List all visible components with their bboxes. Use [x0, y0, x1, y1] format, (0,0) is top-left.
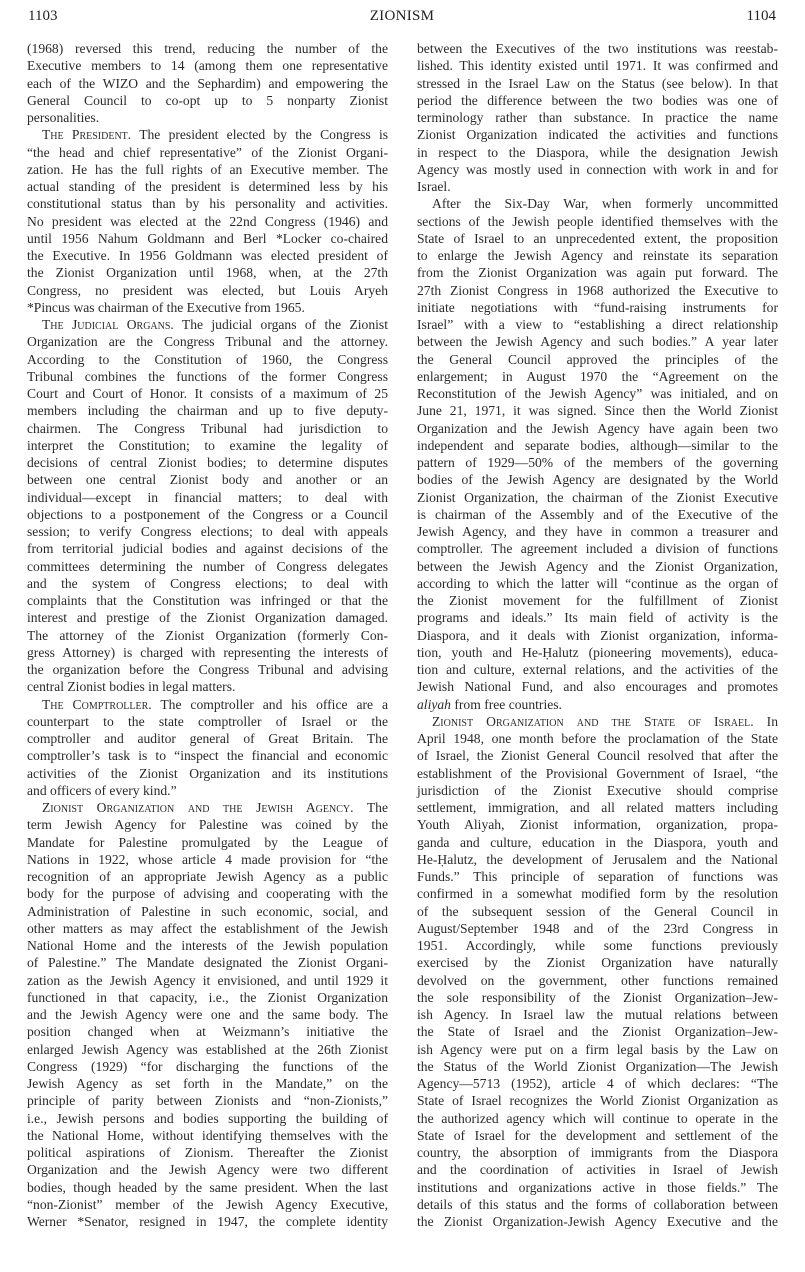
line-text: political aspirations of Zionism. Therea… [27, 1145, 388, 1160]
text-line: Zionist Organization indicated the activ… [417, 126, 778, 143]
text-line: Mandate for Palestine promulgated by the… [27, 834, 388, 851]
line-text: the National Home, without identifying t… [27, 1128, 388, 1143]
line-text: National Home and the interests of the J… [27, 938, 388, 953]
text-line: decisions of central Zionist bodies; to … [27, 454, 388, 471]
line-text: until 1956 Nahum Goldmann and Berl *Lock… [27, 231, 388, 246]
line-text: Werner *Senator, resigned in 1947, the c… [27, 1214, 388, 1229]
text-line: of Israel, the Zionist General Council r… [417, 747, 778, 764]
text-line: i.e., Jewish persons and bodies supporti… [27, 1110, 388, 1127]
line-text: tion and culture, external relations, an… [417, 662, 778, 677]
line-text: (1968) reversed this trend, reducing the… [27, 41, 388, 56]
text-line: the Status of the World Zionist Organiza… [417, 1058, 778, 1075]
text-line: institutions and organizations active in… [417, 1179, 778, 1196]
line-text: the Zionist Organization-Jewish Agency E… [417, 1214, 778, 1229]
line-text: country, the absorption of immigrants fr… [417, 1145, 778, 1160]
text-line: He-Ḥalutz, the development of Jerusalem … [417, 851, 778, 868]
text-line: enlargement; in August 1970 the “Agreeme… [417, 368, 778, 385]
line-text: each of the WIZO and the Sephardim) and … [27, 76, 388, 91]
text-line: between one central Zionist body and ano… [27, 471, 388, 488]
line-text: from free countries. [451, 697, 562, 712]
line-text: between the Jewish Agency and such bodie… [417, 334, 778, 349]
text-line: Werner *Senator, resigned in 1947, the c… [27, 1213, 388, 1230]
text-line: between the Executives of the two instit… [417, 40, 778, 57]
line-text: The comptroller and his office are a [152, 697, 388, 712]
line-text: recognition of an appropriate Jewish Age… [27, 869, 388, 884]
text-line: lished. This identity existed until 1971… [417, 57, 778, 74]
section-heading-line: Zionist Organization and the Jewish Agen… [27, 799, 388, 816]
text-line: between the Jewish Agency and such bodie… [417, 333, 778, 350]
line-text: settlement, immigration, and all related… [417, 800, 778, 815]
line-text: The attorney of the Zionist Organization… [27, 628, 388, 643]
text-line: Executive members to 14 (among them one … [27, 57, 388, 74]
text-line: August/September 1948 and of the 23rd Co… [417, 920, 778, 937]
text-line: political aspirations of Zionism. Therea… [27, 1144, 388, 1161]
line-text: the organization before the Congress Tri… [27, 662, 388, 677]
text-line: session; to verify Congress elections; t… [27, 523, 388, 540]
text-line: National Home and the interests of the J… [27, 937, 388, 954]
line-text: After the Six-Day War, when formerly unc… [432, 196, 778, 211]
line-text: Jewish Agency, and they have in common a… [417, 524, 778, 539]
text-line: 1951. Accordingly, while some functions … [417, 937, 778, 954]
line-text: comptroller’s task is to “inspect the fi… [27, 748, 388, 763]
text-line: term Jewish Agency for Palestine was coi… [27, 816, 388, 833]
text-line: gress Attorney) is charged with represen… [27, 644, 388, 661]
line-text: devolved on the government, other functi… [417, 973, 778, 988]
line-text: bodies, though headed by the same presid… [27, 1180, 388, 1195]
line-text: the Executive. In 1956 Goldmann was elec… [27, 248, 388, 263]
text-line: aliyah from free countries. [417, 696, 778, 713]
line-text: chairmen. The Congress Tribunal had juri… [27, 421, 388, 436]
line-text: bodies of the Jewish Agency are designat… [417, 472, 778, 487]
italic-term: aliyah [417, 697, 451, 712]
line-text: institutions and organizations active in… [417, 1180, 778, 1195]
line-text: Diaspora, and it deals with Zionist orga… [417, 628, 778, 643]
line-text: activities of the Zionist Organization a… [27, 766, 388, 781]
text-line: the General Council approved the princip… [417, 351, 778, 368]
line-text: “non-Zionist” member of the Jewish Agenc… [27, 1197, 388, 1212]
text-line: of the subsequent session of the General… [417, 903, 778, 920]
text-line: complaints that the Constitution was inf… [27, 592, 388, 609]
left-column: (1968) reversed this trend, reducing the… [27, 40, 388, 1230]
text-line: body for the purpose of advising and coo… [27, 885, 388, 902]
line-text: He-Ḥalutz, the development of Jerusalem … [417, 852, 778, 867]
line-text: position changed when at Weizmann’s init… [27, 1024, 388, 1039]
text-line: Court and Court of Honor. It consists of… [27, 385, 388, 402]
line-text: Zionist Organization, the chairman of th… [417, 490, 778, 505]
line-text: programs and ideals.” Its main field of … [417, 610, 778, 625]
text-line: Israel. [417, 178, 778, 195]
line-text: is chairman of the Assembly and of the E… [417, 507, 778, 522]
line-text: zation. He has the full rights of an Exe… [27, 162, 388, 177]
text-line: the Executive. In 1956 Goldmann was elec… [27, 247, 388, 264]
line-text: the sole responsibility of the Zionist O… [417, 990, 778, 1005]
line-text: Israel. [417, 179, 451, 194]
text-line: confirmed in a somewhat modified form by… [417, 885, 778, 902]
text-line: (1968) reversed this trend, reducing the… [27, 40, 388, 57]
text-line: Organization and the Jewish Agency were … [27, 1161, 388, 1178]
text-line: tion, youth and He-Ḥalutz (pioneering mo… [417, 644, 778, 661]
text-line: Agency was mostly used in connection wit… [417, 161, 778, 178]
line-text: complaints that the Constitution was inf… [27, 593, 388, 608]
line-text: Organization and the Jewish Agency have … [417, 421, 778, 436]
line-text: between one central Zionist body and ano… [27, 472, 388, 487]
line-text: comptroller. The agreement included a di… [417, 541, 778, 556]
line-text: constitutional status than by his person… [27, 196, 388, 211]
line-text: jurisdiction of the Zionist Executive sh… [417, 783, 778, 798]
text-line: April 1948, one month before the proclam… [417, 730, 778, 747]
text-line: Jewish Agency, and they have in common a… [417, 523, 778, 540]
section-heading: Zionist Organization and the Jewish Agen… [42, 800, 354, 815]
line-text: the General Council approved the princip… [417, 352, 778, 367]
text-line: of Palestine.” The Mandate designated th… [27, 954, 388, 971]
line-text: the State of Israel and the Zionist Orga… [417, 1024, 778, 1039]
section-heading: Zionist Organization and the State of Is… [432, 714, 754, 729]
line-text: the Status of the World Zionist Organiza… [417, 1059, 778, 1074]
line-text: Jewish National Fund, and also encourage… [417, 679, 778, 694]
text-line: counterpart to the state comptroller of … [27, 713, 388, 730]
line-text: central Zionist bodies in legal matters. [27, 679, 235, 694]
text-line: exercised by the Zionist Organization ha… [417, 954, 778, 971]
section-heading-line: The President. The president elected by … [27, 126, 388, 143]
line-text: *Pincus was chairman of the Executive fr… [27, 300, 305, 315]
line-text: 1951. Accordingly, while some functions … [417, 938, 778, 953]
text-line: “non-Zionist” member of the Jewish Agenc… [27, 1196, 388, 1213]
text-line: After the Six-Day War, when formerly unc… [417, 195, 778, 212]
text-line: and the coordination of activities in Is… [417, 1161, 778, 1178]
text-line: period the difference between the two bo… [417, 92, 778, 109]
text-line: stressed in the Israel Law on the Status… [417, 75, 778, 92]
text-line: bodies, though headed by the same presid… [27, 1179, 388, 1196]
line-text: functioned in that capacity, i.e., the Z… [27, 990, 388, 1005]
line-text: Organization are the Congress Tribunal a… [27, 334, 388, 349]
line-text: Nations in 1922, whose article 4 made pr… [27, 852, 388, 867]
line-text: body for the purpose of advising and coo… [27, 886, 388, 901]
line-text: term Jewish Agency for Palestine was coi… [27, 817, 388, 832]
text-line: details of this status and the forms of … [417, 1196, 778, 1213]
line-text: Tribunal combines the functions of the f… [27, 369, 388, 384]
line-text: The [354, 800, 388, 815]
line-text: Israel” with a view to “establishing a d… [417, 317, 778, 332]
line-text: comptroller and auditor general of Great… [27, 731, 388, 746]
line-text: objections to a postponement of the Cong… [27, 507, 388, 522]
text-line: Funds.” This principle of separation of … [417, 868, 778, 885]
text-line: and the Jewish Agency were one and the s… [27, 1006, 388, 1023]
text-line: State of Israel for the development and … [417, 1127, 778, 1144]
line-text: enlarged Jewish Agency was established a… [27, 1042, 388, 1057]
text-line: Jewish Agency as set forth in the Mandat… [27, 1075, 388, 1092]
text-line: from the Zionist Organization was again … [417, 264, 778, 281]
page-header: 1103 ZIONISM 1104 [28, 8, 776, 30]
section-heading: The Comptroller. [42, 697, 152, 712]
line-text: State of Israel for the development and … [417, 1128, 778, 1143]
text-line: Congress (1929) “for discharging the fun… [27, 1058, 388, 1075]
line-text: personalities. [27, 110, 99, 125]
line-text: individual—except in financial matters; … [27, 490, 388, 505]
line-text: the Zionist movement for the fulfillment… [417, 593, 778, 608]
line-text: decisions of central Zionist bodies; to … [27, 455, 388, 470]
right-column: between the Executives of the two instit… [417, 40, 778, 1230]
line-text: of Palestine.” The Mandate designated th… [27, 955, 388, 970]
text-line: the sole responsibility of the Zionist O… [417, 989, 778, 1006]
text-line: tion and culture, external relations, an… [417, 661, 778, 678]
text-line: 27th Zionist Congress in 1968 authorized… [417, 282, 778, 299]
line-text: Funds.” This principle of separation of … [417, 869, 778, 884]
line-text: State of Israel recognizes the World Zio… [417, 1093, 778, 1108]
text-line: enlarged Jewish Agency was established a… [27, 1041, 388, 1058]
text-line: committees determining the number of Con… [27, 558, 388, 575]
line-text: the Zionist Organization until 1968, whe… [27, 265, 388, 280]
text-line: members including the chairman and up to… [27, 402, 388, 419]
line-text: August/September 1948 and of the 23rd Co… [417, 921, 778, 936]
text-line: According to the Constitution of 1960, t… [27, 351, 388, 368]
text-line: constitutional status than by his person… [27, 195, 388, 212]
line-text: ish Agency were put on a firm legal basi… [417, 1042, 778, 1057]
text-line: State of Israel recognizes the World Zio… [417, 1092, 778, 1109]
text-line: functioned in that capacity, i.e., the Z… [27, 989, 388, 1006]
line-text: interest and prestige of the Zionist Org… [27, 610, 388, 625]
text-line: the organization before the Congress Tri… [27, 661, 388, 678]
text-line: the State of Israel and the Zionist Orga… [417, 1023, 778, 1040]
line-text: confirmed in a somewhat modified form by… [417, 886, 778, 901]
text-line: and the system of Congress elections; to… [27, 575, 388, 592]
text-line: activities of the Zionist Organization a… [27, 765, 388, 782]
text-line: in respect to the Diaspora, while the de… [417, 144, 778, 161]
line-text: exercised by the Zionist Organization ha… [417, 955, 778, 970]
line-text: lished. This identity existed until 1971… [417, 58, 778, 73]
text-line: *Pincus was chairman of the Executive fr… [27, 299, 388, 316]
line-text: General Council to co-opt up to 5 nonpar… [27, 93, 388, 108]
line-text: June 21, 1971, it was signed. Since then… [417, 403, 778, 418]
text-line: and officers of every kind.” [27, 782, 388, 799]
text-line: actual standing of the president is dete… [27, 178, 388, 195]
text-line: individual—except in financial matters; … [27, 489, 388, 506]
line-text: details of this status and the forms of … [417, 1197, 778, 1212]
text-line: initiate negotiations with “fund-raising… [417, 299, 778, 316]
section-heading: The President. [42, 127, 131, 142]
line-text: State of Israel to an unprecedented exte… [417, 231, 778, 246]
text-line: No president was elected at the 22nd Con… [27, 213, 388, 230]
text-line: chairmen. The Congress Tribunal had juri… [27, 420, 388, 437]
line-text: and officers of every kind.” [27, 783, 177, 798]
text-line: pattern of 1929—50% of the members of th… [417, 454, 778, 471]
line-text: Agency was mostly used in connection wit… [417, 162, 778, 177]
line-text: from the Zionist Organization was again … [417, 265, 778, 280]
running-title: ZIONISM [28, 8, 776, 25]
line-text: enlargement; in August 1970 the “Agreeme… [417, 369, 778, 384]
line-text: Youth Aliyah, Zionist information, organ… [417, 817, 778, 832]
line-text: April 1948, one month before the proclam… [417, 731, 778, 746]
text-line: ish Agency. In Israel law the mutual rel… [417, 1006, 778, 1023]
line-text: Executive members to 14 (among them one … [27, 58, 388, 73]
text-line: comptroller. The agreement included a di… [417, 540, 778, 557]
section-heading-line: The Comptroller. The comptroller and his… [27, 696, 388, 713]
text-line: The attorney of the Zionist Organization… [27, 627, 388, 644]
text-line: position changed when at Weizmann’s init… [27, 1023, 388, 1040]
text-line: independent and separate bodies, althoug… [417, 437, 778, 454]
line-text: i.e., Jewish persons and bodies supporti… [27, 1111, 388, 1126]
text-line: Israel” with a view to “establishing a d… [417, 316, 778, 333]
text-line: objections to a postponement of the Cong… [27, 506, 388, 523]
text-line: Youth Aliyah, Zionist information, organ… [417, 816, 778, 833]
text-line: personalities. [27, 109, 388, 126]
line-text: In [754, 714, 778, 729]
text-line: Diaspora, and it deals with Zionist orga… [417, 627, 778, 644]
line-text: gress Attorney) is charged with represen… [27, 645, 388, 660]
line-text: The president elected by the Congress is [131, 127, 388, 142]
text-line: settlement, immigration, and all related… [417, 799, 778, 816]
text-line: June 21, 1971, it was signed. Since then… [417, 402, 778, 419]
page-number-right: 1104 [747, 8, 776, 25]
text-line: recognition of an appropriate Jewish Age… [27, 868, 388, 885]
line-text: zation as the Jewish Agency it envisione… [27, 973, 388, 988]
text-line: from territorial judicial bodies and aga… [27, 540, 388, 557]
line-text: Reconstitution of the Jewish Agency” was… [417, 386, 778, 401]
line-text: and the Jewish Agency were one and the s… [27, 1007, 388, 1022]
line-text: initiate negotiations with “fund-raising… [417, 300, 778, 315]
text-line: between the Jewish Agency and the Zionis… [417, 558, 778, 575]
line-text: period the difference between the two bo… [417, 93, 778, 108]
text-line: zation as the Jewish Agency it envisione… [27, 972, 388, 989]
line-text: Court and Court of Honor. It consists of… [27, 386, 388, 401]
text-line: Nations in 1922, whose article 4 made pr… [27, 851, 388, 868]
text-line: zation. He has the full rights of an Exe… [27, 161, 388, 178]
text-line: General Council to co-opt up to 5 nonpar… [27, 92, 388, 109]
line-text: actual standing of the president is dete… [27, 179, 388, 194]
line-text: Congress (1929) “for discharging the fun… [27, 1059, 388, 1074]
text-line: Organization are the Congress Tribunal a… [27, 333, 388, 350]
text-line: ish Agency were put on a firm legal basi… [417, 1041, 778, 1058]
line-text: “the head and chief representative” of t… [27, 145, 388, 160]
section-heading-line: The Judicial Organs. The judicial organs… [27, 316, 388, 333]
line-text: The judicial organs of the Zionist [174, 317, 388, 332]
line-text: to enlarge the Jewish Agency and reinsta… [417, 248, 778, 263]
line-text: according to which the latter will “cont… [417, 576, 778, 591]
text-line: ganda and culture, education in the Dias… [417, 834, 778, 851]
text-line: until 1956 Nahum Goldmann and Berl *Lock… [27, 230, 388, 247]
line-text: sections of the Jewish people identified… [417, 214, 778, 229]
line-text: Mandate for Palestine promulgated by the… [27, 835, 388, 850]
text-line: “the head and chief representative” of t… [27, 144, 388, 161]
text-line: Administration of Palestine in such econ… [27, 903, 388, 920]
text-line: programs and ideals.” Its main field of … [417, 609, 778, 626]
line-text: According to the Constitution of 1960, t… [27, 352, 388, 367]
line-text: from territorial judicial bodies and aga… [27, 541, 388, 556]
line-text: terminology rather than substance. In pr… [417, 110, 778, 125]
line-text: Jewish Agency as set forth in the Mandat… [27, 1076, 388, 1091]
text-line: Tribunal combines the functions of the f… [27, 368, 388, 385]
line-text: committees determining the number of Con… [27, 559, 388, 574]
line-text: ish Agency. In Israel law the mutual rel… [417, 1007, 778, 1022]
text-line: Organization and the Jewish Agency have … [417, 420, 778, 437]
line-text: in respect to the Diaspora, while the de… [417, 145, 778, 160]
line-text: the authorized agency which will continu… [417, 1111, 778, 1126]
text-line: Zionist Organization, the chairman of th… [417, 489, 778, 506]
text-line: each of the WIZO and the Sephardim) and … [27, 75, 388, 92]
line-text: between the Jewish Agency and the Zionis… [417, 559, 778, 574]
text-line: country, the absorption of immigrants fr… [417, 1144, 778, 1161]
line-text: Agency—5713 (1952), article 4 of which d… [417, 1076, 778, 1091]
text-line: sections of the Jewish people identified… [417, 213, 778, 230]
text-line: comptroller’s task is to “inspect the fi… [27, 747, 388, 764]
line-text: and the coordination of activities in Is… [417, 1162, 778, 1177]
text-line: bodies of the Jewish Agency are designat… [417, 471, 778, 488]
line-text: other matters as may affect the establis… [27, 921, 388, 936]
line-text: Congress, no president was elected, but … [27, 283, 388, 298]
text-line: Congress, no president was elected, but … [27, 282, 388, 299]
text-line: is chairman of the Assembly and of the E… [417, 506, 778, 523]
text-line: central Zionist bodies in legal matters. [27, 678, 388, 695]
line-text: pattern of 1929—50% of the members of th… [417, 455, 778, 470]
text-line: Agency—5713 (1952), article 4 of which d… [417, 1075, 778, 1092]
line-text: establishment of the Provisional Governm… [417, 766, 778, 781]
line-text: principle of parity between Zionists and… [27, 1093, 388, 1108]
text-line: interpret the Constitution; to examine t… [27, 437, 388, 454]
line-text: counterpart to the state comptroller of … [27, 714, 388, 729]
text-line: other matters as may affect the establis… [27, 920, 388, 937]
line-text: Administration of Palestine in such econ… [27, 904, 388, 919]
text-line: State of Israel to an unprecedented exte… [417, 230, 778, 247]
section-heading-line: Zionist Organization and the State of Is… [417, 713, 778, 730]
text-line: the Zionist movement for the fulfillment… [417, 592, 778, 609]
text-line: Reconstitution of the Jewish Agency” was… [417, 385, 778, 402]
text-line: terminology rather than substance. In pr… [417, 109, 778, 126]
line-text: and the system of Congress elections; to… [27, 576, 388, 591]
line-text: interpret the Constitution; to examine t… [27, 438, 388, 453]
line-text: ganda and culture, education in the Dias… [417, 835, 778, 850]
line-text: of Israel, the Zionist General Council r… [417, 748, 778, 763]
section-heading: The Judicial Organs. [42, 317, 174, 332]
text-line: the Zionist Organization-Jewish Agency E… [417, 1213, 778, 1230]
line-text: independent and separate bodies, althoug… [417, 438, 778, 453]
text-line: jurisdiction of the Zionist Executive sh… [417, 782, 778, 799]
line-text: No president was elected at the 22nd Con… [27, 214, 388, 229]
line-text: stressed in the Israel Law on the Status… [417, 76, 778, 91]
line-text: between the Executives of the two instit… [417, 41, 778, 56]
text-line: to enlarge the Jewish Agency and reinsta… [417, 247, 778, 264]
line-text: Organization and the Jewish Agency were … [27, 1162, 388, 1177]
line-text: members including the chairman and up to… [27, 403, 388, 418]
line-text: of the subsequent session of the General… [417, 904, 778, 919]
text-line: Jewish National Fund, and also encourage… [417, 678, 778, 695]
text-line: devolved on the government, other functi… [417, 972, 778, 989]
text-line: the National Home, without identifying t… [27, 1127, 388, 1144]
text-line: comptroller and auditor general of Great… [27, 730, 388, 747]
text-line: interest and prestige of the Zionist Org… [27, 609, 388, 626]
line-text: tion, youth and He-Ḥalutz (pioneering mo… [417, 645, 778, 660]
text-line: establishment of the Provisional Governm… [417, 765, 778, 782]
line-text: 27th Zionist Congress in 1968 authorized… [417, 283, 778, 298]
line-text: Zionist Organization indicated the activ… [417, 127, 778, 142]
line-text: session; to verify Congress elections; t… [27, 524, 388, 539]
text-line: the authorized agency which will continu… [417, 1110, 778, 1127]
text-line: principle of parity between Zionists and… [27, 1092, 388, 1109]
text-line: the Zionist Organization until 1968, whe… [27, 264, 388, 281]
text-line: according to which the latter will “cont… [417, 575, 778, 592]
